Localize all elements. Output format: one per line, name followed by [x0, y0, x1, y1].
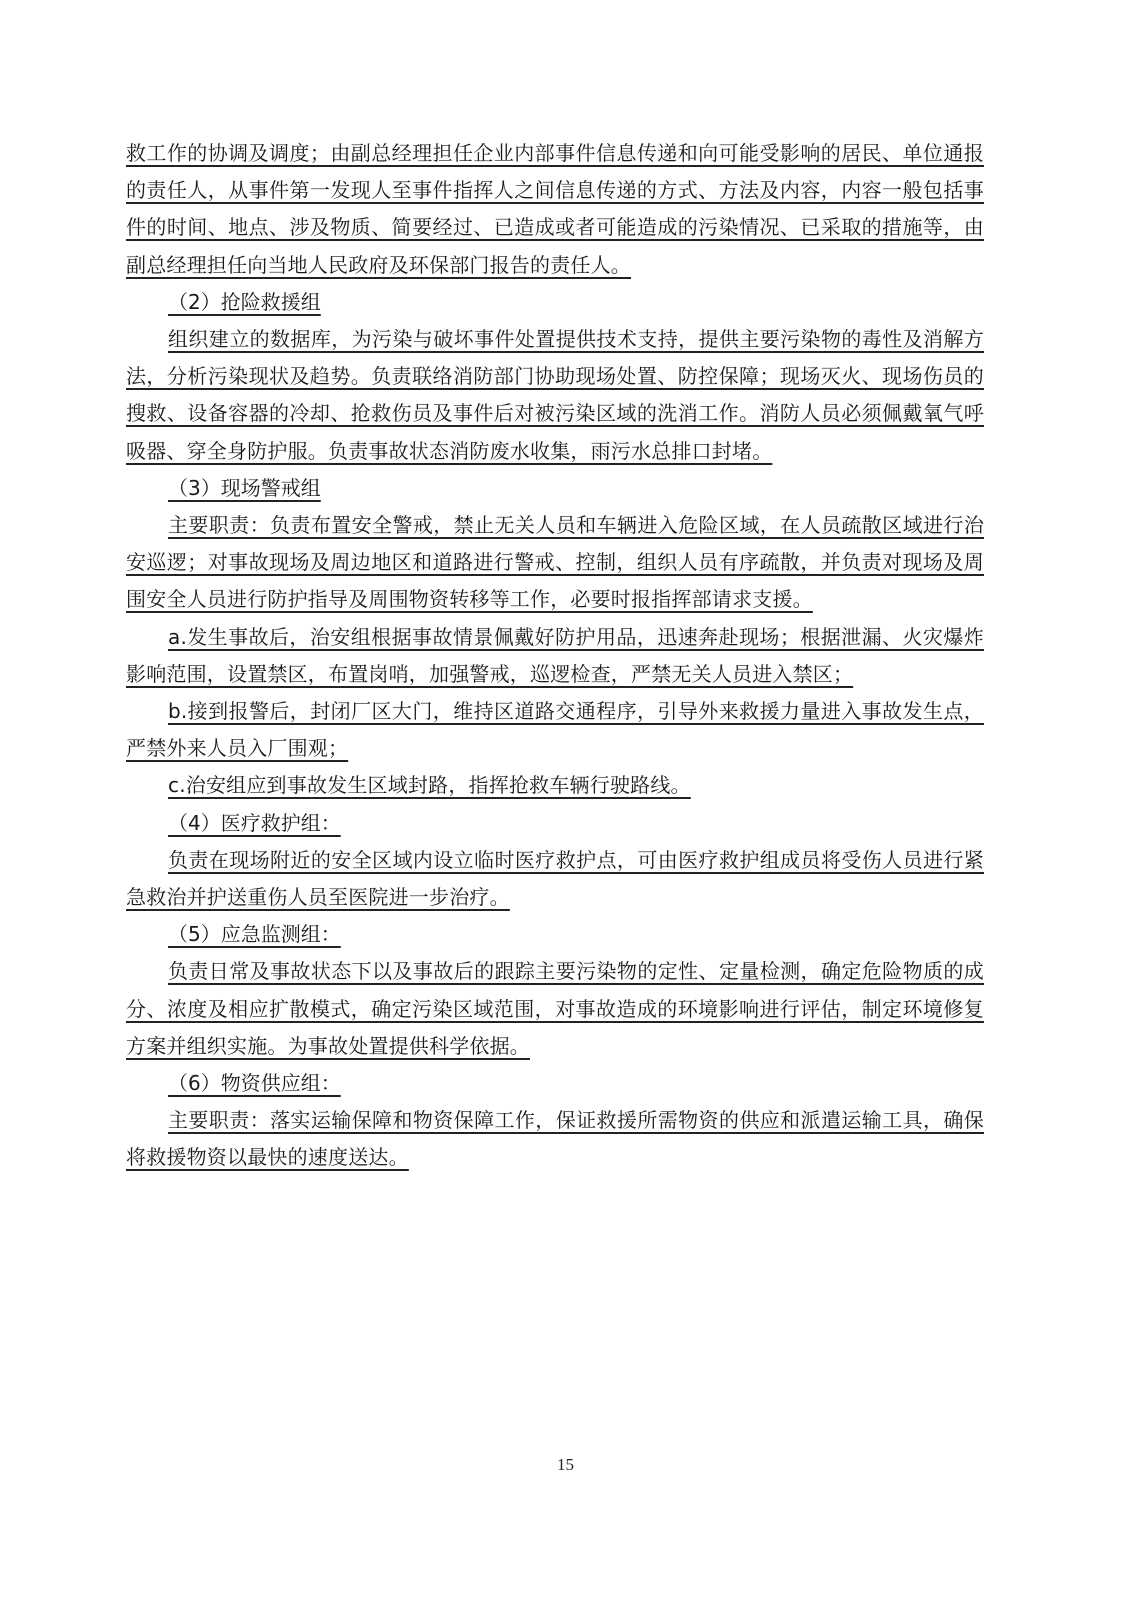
heading-text: （2）抢险救援组	[168, 290, 321, 314]
list-item-c: c.治安组应到事故发生区域封路，指挥抢救车辆行驶路线。	[126, 767, 984, 804]
paragraph-text: b.接到报警后，封闭厂区大门，维持区道路交通程序，引导外来救援力量进入事故发生点…	[126, 699, 984, 760]
paragraph-text: 负责日常及事故状态下以及事故后的跟踪主要污染物的定性、定量检测，确定危险物质的成…	[126, 959, 984, 1057]
paragraph-text: 救工作的协调及调度；由副总经理担任企业内部事件信息传递和向可能受影响的居民、单位…	[126, 141, 984, 277]
paragraph-text: 组织建立的数据库，为污染与破坏事件处置提供技术支持，提供主要污染物的毒性及消解方…	[126, 327, 984, 463]
section-paragraph: 组织建立的数据库，为污染与破坏事件处置提供技术支持，提供主要污染物的毒性及消解方…	[126, 321, 984, 470]
paragraph-text: 主要职责：负责布置安全警戒，禁止无关人员和车辆进入危险区域，在人员疏散区域进行治…	[126, 513, 984, 611]
section-paragraph: 负责日常及事故状态下以及事故后的跟踪主要污染物的定性、定量检测，确定危险物质的成…	[126, 953, 984, 1065]
paragraph-text: c.治安组应到事故发生区域封路，指挥抢救车辆行驶路线。	[168, 773, 691, 797]
continuation-paragraph: 救工作的协调及调度；由副总经理担任企业内部事件信息传递和向可能受影响的居民、单位…	[126, 135, 984, 284]
page-number: 15	[0, 1455, 1131, 1475]
list-item-a: a.发生事故后，治安组根据事故情景佩戴好防护用品，迅速奔赴现场；根据泄漏、火灾爆…	[126, 619, 984, 693]
document-page-body: 救工作的协调及调度；由副总经理担任企业内部事件信息传递和向可能受影响的居民、单位…	[126, 135, 984, 1177]
heading-text: （3）现场警戒组	[168, 476, 321, 500]
section-heading-rescue-team: （2）抢险救援组	[126, 284, 984, 321]
heading-text: （5）应急监测组：	[168, 922, 341, 946]
paragraph-text: 负责在现场附近的安全区域内设立临时医疗救护点，可由医疗救护组成员将受伤人员进行紧…	[126, 848, 984, 909]
section-heading-monitoring-team: （5）应急监测组：	[126, 916, 984, 953]
section-heading-supply-team: （6）物资供应组：	[126, 1065, 984, 1102]
section-paragraph: 负责在现场附近的安全区域内设立临时医疗救护点，可由医疗救护组成员将受伤人员进行紧…	[126, 842, 984, 916]
heading-text: （4）医疗救护组：	[168, 811, 341, 835]
section-paragraph: 主要职责：落实运输保障和物资保障工作，保证救援所需物资的供应和派遣运输工具，确保…	[126, 1102, 984, 1176]
section-heading-medical-team: （4）医疗救护组：	[126, 805, 984, 842]
paragraph-text: 主要职责：落实运输保障和物资保障工作，保证救援所需物资的供应和派遣运输工具，确保…	[126, 1108, 984, 1169]
heading-text: （6）物资供应组：	[168, 1071, 341, 1095]
paragraph-text: a.发生事故后，治安组根据事故情景佩戴好防护用品，迅速奔赴现场；根据泄漏、火灾爆…	[126, 625, 984, 686]
section-heading-security-team: （3）现场警戒组	[126, 470, 984, 507]
list-item-b: b.接到报警后，封闭厂区大门，维持区道路交通程序，引导外来救援力量进入事故发生点…	[126, 693, 984, 767]
section-paragraph: 主要职责：负责布置安全警戒，禁止无关人员和车辆进入危险区域，在人员疏散区域进行治…	[126, 507, 984, 619]
